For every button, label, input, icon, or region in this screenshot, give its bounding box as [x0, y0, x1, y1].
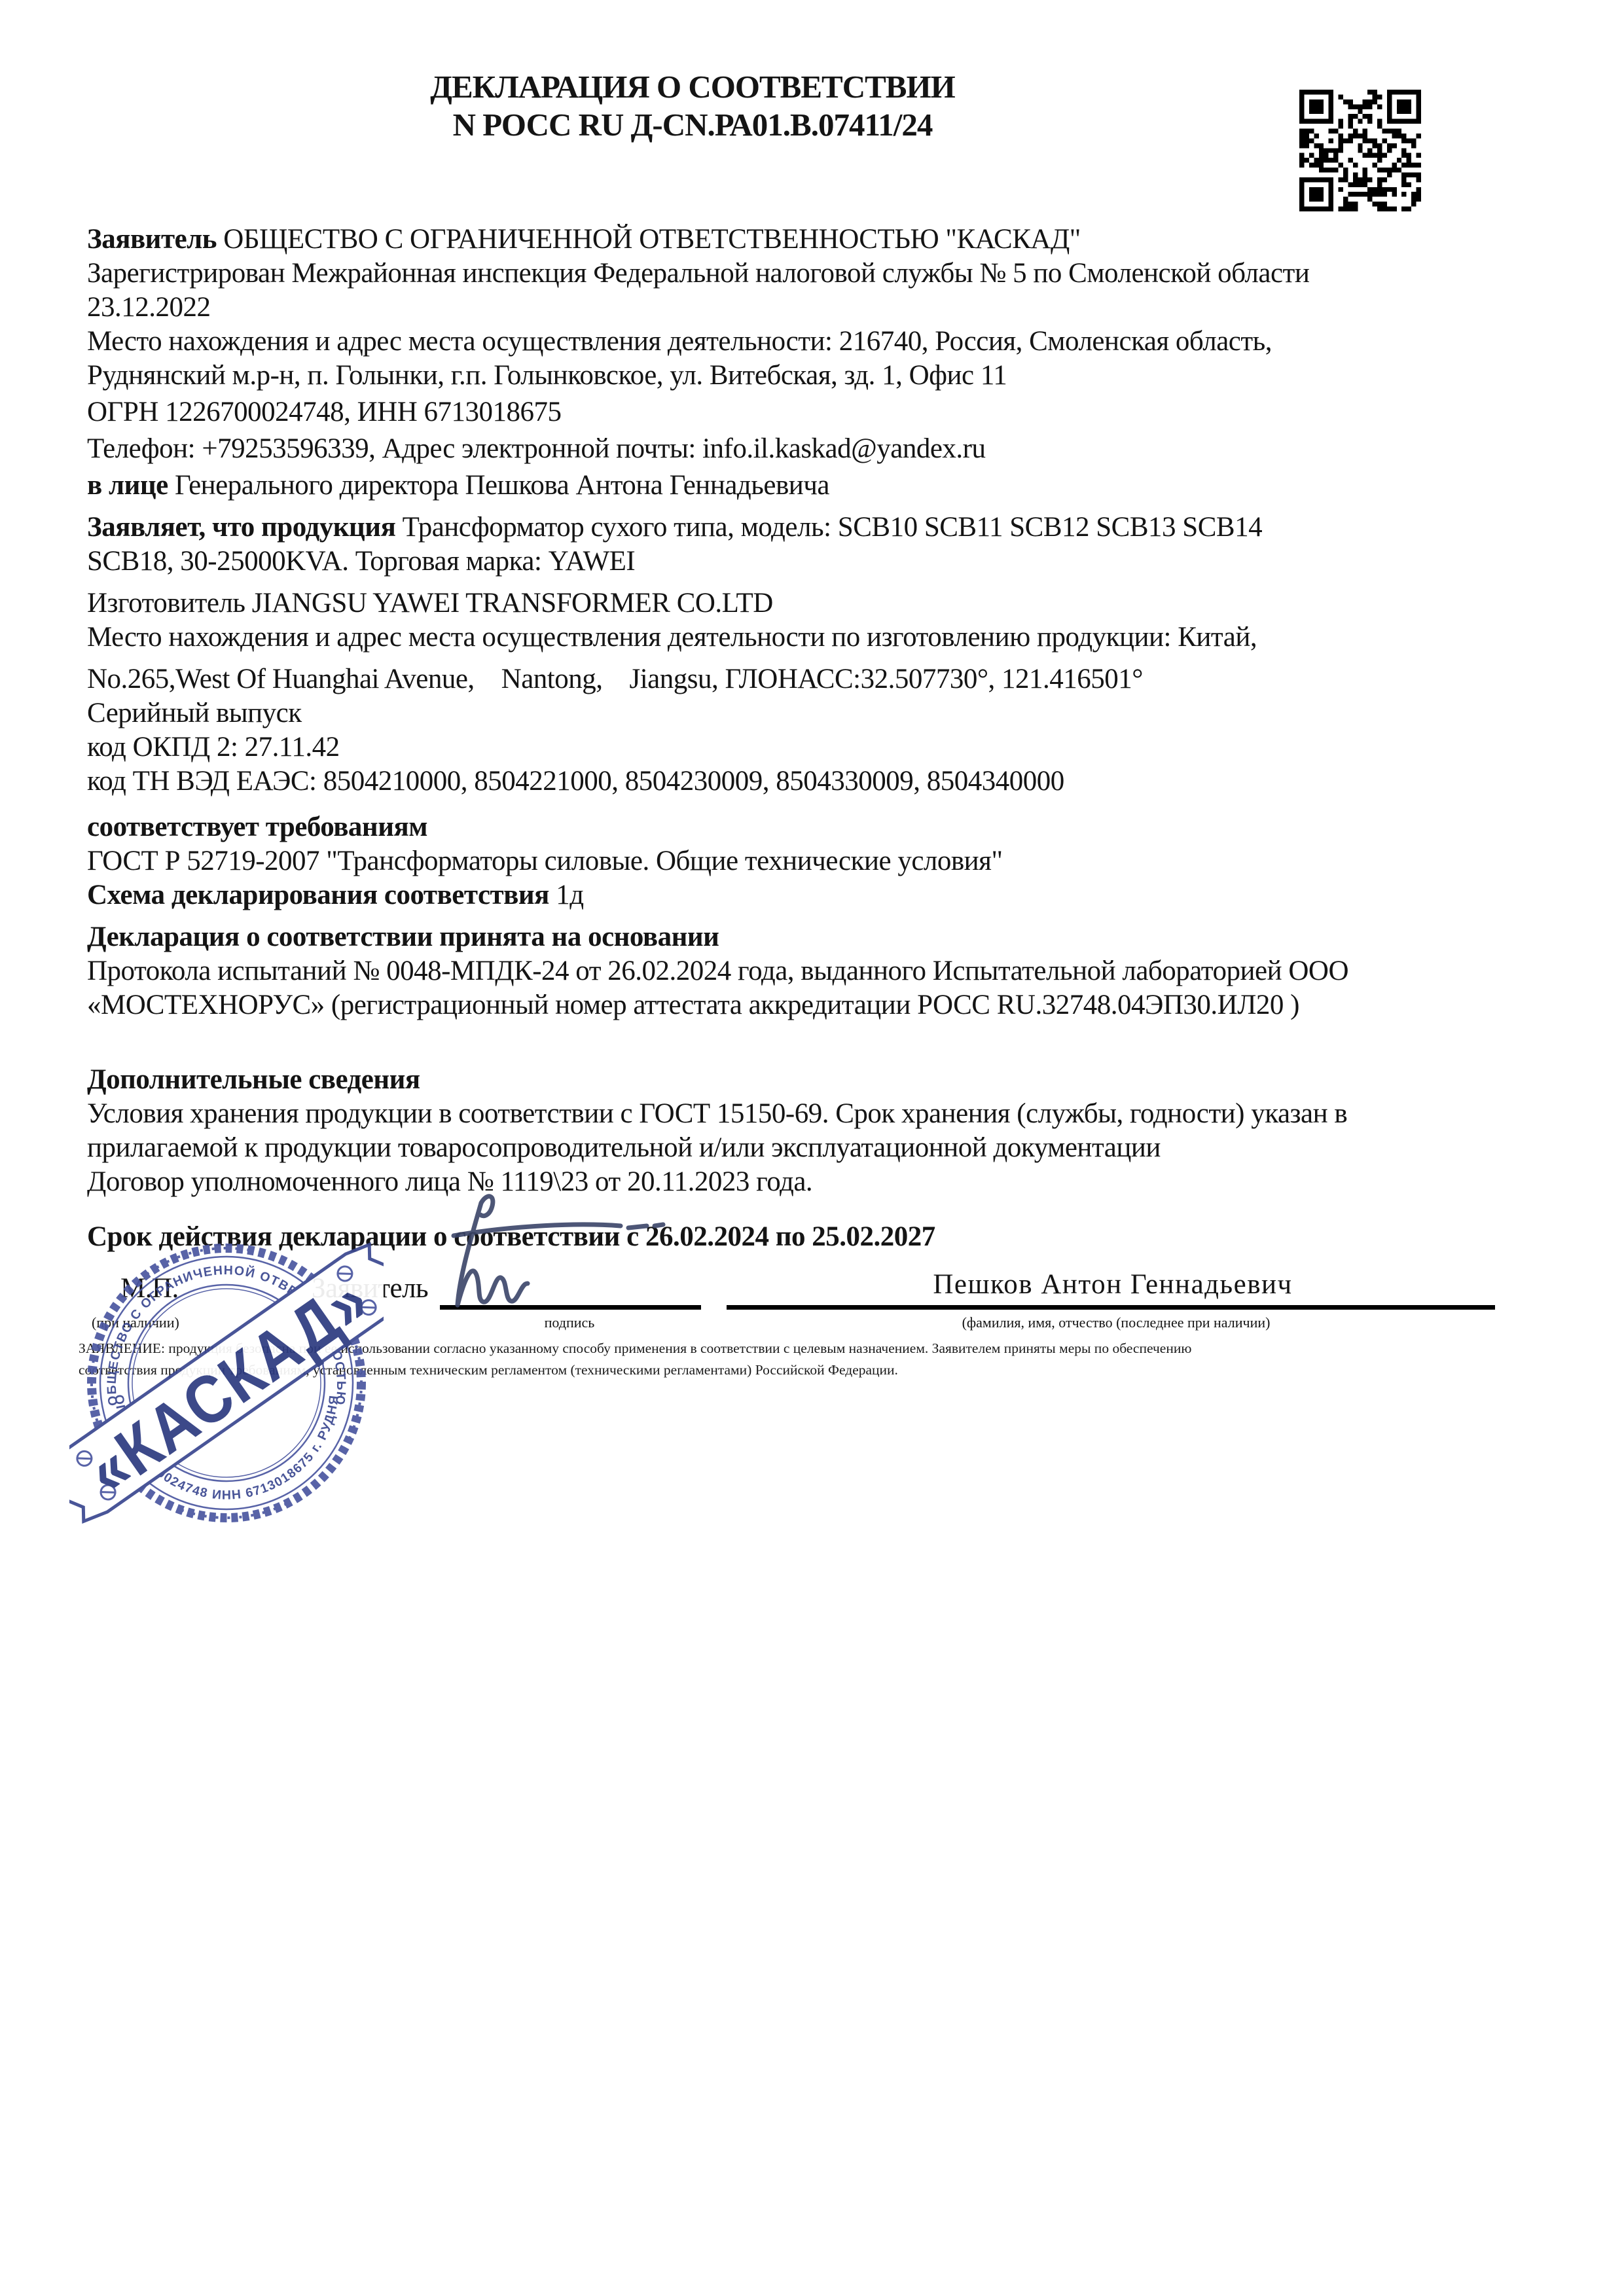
stamp-ring-text-bottom: ОГРН 1226700024748 ИНН 6713018675 г. РУД…	[111, 1394, 341, 1503]
doc-line: Изготовитель JIANGSU YAWEI TRANSFORMER C…	[87, 586, 1455, 620]
name-line	[727, 1305, 1495, 1310]
applicant-label: Заявитель	[312, 1272, 428, 1304]
doc-line: соответствует требованиям	[87, 810, 1455, 844]
doc-line: Декларация о соответствии принята на осн…	[87, 920, 1455, 954]
doc-line: «МОСТЕХНОРУС» (регистрационный номер атт…	[87, 988, 1455, 1022]
document-title: ДЕКЛАРАЦИЯ О СООТВЕТСТВИИ N РОСС RU Д-CN…	[87, 68, 1298, 144]
title-line-1: ДЕКЛАРАЦИЯ О СООТВЕТСТВИИ	[87, 68, 1298, 106]
doc-line: 23.12.2022	[87, 291, 1455, 325]
doc-line: Условия хранения продукции в соответстви…	[87, 1097, 1455, 1131]
doc-line: прилагаемой к продукции товаросопроводит…	[87, 1131, 1455, 1165]
doc-line: Срок действия декларации о соответствии …	[87, 1220, 1455, 1254]
qr-code-icon	[1299, 90, 1421, 211]
doc-line: код ТН ВЭД ЕАЭС: 8504210000, 8504221000,…	[87, 764, 1455, 798]
doc-line: SCB18, 30-25000KVA. Торговая марка: YAWE…	[87, 545, 1455, 579]
doc-line: в лице Генерального директора Пешкова Ан…	[87, 469, 1455, 503]
doc-line: Телефон: +79253596339, Адрес электронной…	[87, 432, 1455, 466]
doc-line: ГОСТ Р 52719-2007 "Трансформаторы силовы…	[87, 844, 1455, 878]
doc-line: Заявляет, что продукция Трансформатор су…	[87, 511, 1455, 545]
mp-sub-label: (при наличии)	[92, 1314, 223, 1331]
doc-line: Заявитель ОБЩЕСТВО С ОГРАНИЧЕННОЙ ОТВЕТС…	[87, 223, 1455, 257]
doc-line: No.265,West Of Huanghai Avenue, Nantong,…	[87, 662, 1455, 696]
title-line-2: N РОСС RU Д-CN.РА01.В.07411/24	[87, 106, 1298, 144]
declaration-document-page: ДЕКЛАРАЦИЯ О СООТВЕТСТВИИ N РОСС RU Д-CN…	[0, 0, 1624, 2296]
svg-text:ОГРН 1226700024748 ИНН 671301: ОГРН 1226700024748 ИНН 6713018675 г. РУД…	[111, 1394, 341, 1503]
doc-line: Серийный выпуск	[87, 696, 1455, 730]
document-body: Заявитель ОБЩЕСТВО С ОГРАНИЧЕННОЙ ОТВЕТС…	[87, 223, 1455, 1254]
doc-line: Дополнительные сведения	[87, 1063, 1455, 1097]
doc-line: Место нахождения и адрес места осуществл…	[87, 325, 1455, 359]
doc-line: Протокола испытаний № 0048-МПДК-24 от 26…	[87, 954, 1455, 988]
stamp-place-label: М.П.	[120, 1272, 179, 1304]
footnote-line-1: ЗАЯВЛЕНИЕ: продукция безопасна при ее ис…	[79, 1340, 1191, 1357]
signatory-name: Пешков Антон Геннадьевич	[903, 1268, 1322, 1300]
signature-sub-label: подпись	[504, 1314, 635, 1331]
doc-line: ОГРН 1226700024748, ИНН 6713018675	[87, 395, 1455, 429]
doc-line: Схема декларирования соответствия 1д	[87, 878, 1455, 912]
doc-line: код ОКПД 2: 27.11.42	[87, 730, 1455, 764]
signature-line	[440, 1305, 701, 1310]
name-sub-label: (фамилия, имя, отчество (последнее при н…	[903, 1314, 1329, 1331]
doc-line: Зарегистрирован Межрайонная инспекция Фе…	[87, 257, 1455, 291]
doc-line: Место нахождения и адрес места осуществл…	[87, 620, 1455, 655]
doc-line: Договор уполномоченного лица № 1119\23 о…	[87, 1165, 1455, 1199]
footnote-line-2: соответствия продукции требованиям, уста…	[79, 1362, 898, 1378]
doc-line: Руднянский м.р-н, п. Голынки, г.п. Голын…	[87, 359, 1455, 393]
